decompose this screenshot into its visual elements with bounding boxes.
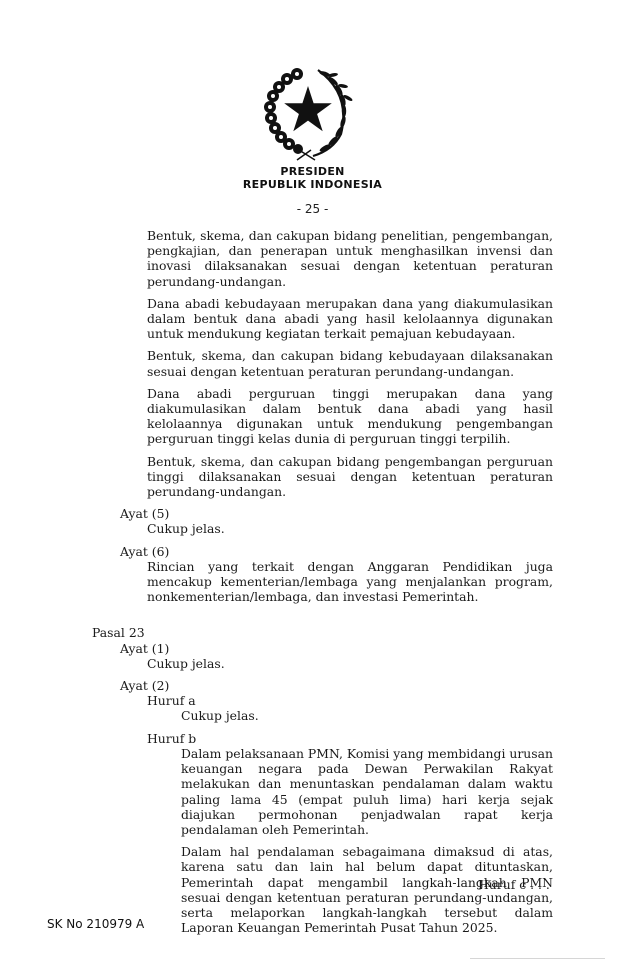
paragraph: Dana abadi kebudayaan merupakan dana yan… — [147, 296, 553, 342]
ayat-label: Ayat (5) — [120, 506, 625, 521]
ayat-label: Ayat (6) — [120, 544, 625, 559]
page-number: - 25 - — [0, 202, 625, 216]
paragraph: Dalam pelaksanaan PMN, Komisi yang membi… — [181, 746, 553, 837]
paragraph: Cukup jelas. — [147, 521, 553, 536]
emblem-icon — [263, 64, 353, 162]
huruf-label: Huruf b — [147, 731, 625, 746]
paragraph: Bentuk, skema, dan cakupan bidang pengem… — [147, 454, 553, 500]
pasal-heading: Pasal 23 — [92, 625, 625, 640]
paragraph: Rincian yang terkait dengan Anggaran Pen… — [147, 559, 553, 605]
ayat-label: Ayat (2) — [120, 678, 625, 693]
continued-marker: Huruf c . . . — [478, 877, 550, 892]
document-body: Bentuk, skema, dan cakupan bidang peneli… — [0, 228, 625, 942]
header-title: PRESIDEN — [0, 165, 625, 178]
footer-code: SK No 210979 A — [47, 917, 144, 931]
paragraph: Cukup jelas. — [147, 656, 553, 671]
paragraph: Cukup jelas. — [181, 708, 553, 723]
paragraph: Dana abadi perguruan tinggi merupakan da… — [147, 386, 553, 447]
ayat-label: Ayat (1) — [120, 641, 625, 656]
paragraph: Bentuk, skema, dan cakupan bidang kebuda… — [147, 348, 553, 378]
huruf-label: Huruf a — [147, 693, 625, 708]
divider — [470, 958, 605, 959]
header-subtitle: REPUBLIK INDONESIA — [0, 178, 625, 191]
paragraph: Bentuk, skema, dan cakupan bidang peneli… — [147, 228, 553, 289]
